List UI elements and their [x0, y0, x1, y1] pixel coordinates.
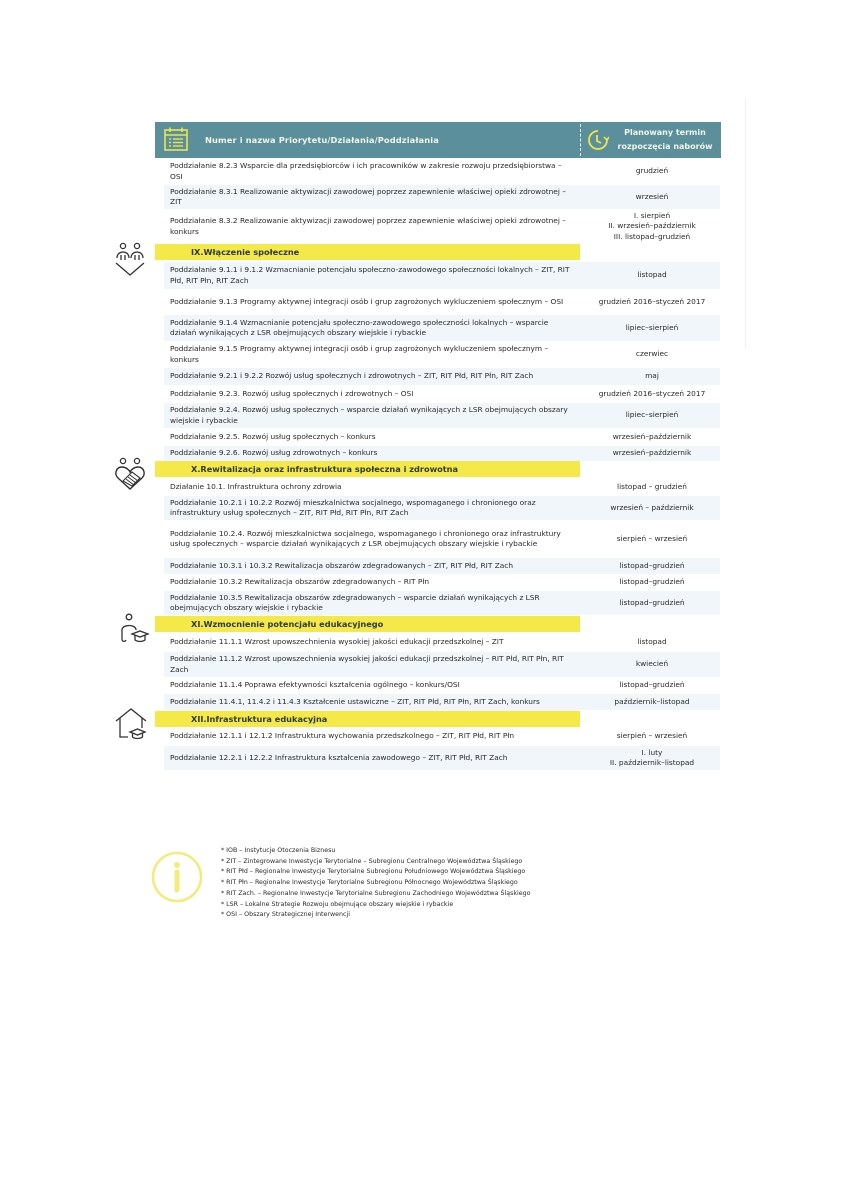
row-term: lipiec–sierpień	[584, 315, 720, 341]
table-row: Poddziałanie 9.2.1 i 9.2.2 Rozwój usług …	[164, 368, 720, 385]
row-term: grudzień 2016–styczeń 2017	[584, 290, 720, 314]
section-label: IX.Włączenie społeczne	[191, 244, 299, 260]
footnote-iob: * IOB – Instytucje Otoczenia Biznesu	[221, 846, 531, 857]
table-row: Poddziałanie 11.4.1, 11.4.2 i 11.4.3 Ksz…	[164, 694, 720, 710]
table-row: Poddziałanie 10.2.4. Rozwój mieszkalnict…	[164, 521, 720, 557]
section-label: XI.Wzmocnienie potencjału edukacyjnego	[191, 616, 383, 632]
row-name: Poddziałanie 9.1.1 i 9.1.2 Wzmacnianie p…	[170, 262, 570, 289]
row-term: grudzień	[584, 159, 720, 184]
row-term: listopad	[584, 634, 720, 651]
footnote-lsr: * LSR – Lokalne Strategie Rozwoju obejmu…	[221, 900, 531, 911]
row-name: Działanie 10.1. Infrastruktura ochrony z…	[170, 479, 570, 495]
table-row: Poddziałanie 10.3.2 Rewitalizacja obszar…	[164, 575, 720, 590]
row-term: wrzesień–październik	[584, 429, 720, 445]
row-term: listopad–grudzień	[584, 678, 720, 693]
header-title-left: Numer i nazwa Priorytetu/Działania/Poddz…	[205, 122, 439, 158]
row-term: wrzesień–październik	[584, 446, 720, 461]
person-graduation-cap-icon	[116, 613, 150, 649]
info-icon	[150, 850, 204, 904]
row-term: maj	[584, 368, 720, 385]
row-name: Poddziałanie 10.2.4. Rozwój mieszkalnict…	[170, 521, 570, 557]
row-name: Poddziałanie 9.2.6. Rozwój usług zdrowot…	[170, 446, 570, 461]
row-term: listopad–grudzień	[584, 558, 720, 574]
house-graduation-cap-icon	[114, 707, 148, 743]
table-row: Poddziałanie 12.2.1 i 12.2.2 Infrastrukt…	[164, 746, 720, 770]
table-row: Poddziałanie 11.1.1 Wzrost upowszechnien…	[164, 634, 720, 651]
page-edge-line	[745, 98, 746, 348]
footnote-rit-pln: * RIT Płn – Regionalne Inwestycje Teryto…	[221, 878, 531, 889]
row-term: kwiecień	[584, 652, 720, 677]
table-row: Poddziałanie 8.2.3 Wsparcie dla przedsię…	[164, 159, 720, 184]
row-name: Poddziałanie 11.1.1 Wzrost upowszechnien…	[170, 634, 570, 651]
row-name: Poddziałanie 9.2.4. Rozwój usług społecz…	[170, 403, 570, 428]
row-term: wrzesień – październik	[584, 496, 720, 520]
row-term: I. sierpień II. wrzesień–październik III…	[584, 210, 720, 243]
row-name: Poddziałanie 10.2.1 i 10.2.2 Rozwój mies…	[170, 496, 570, 520]
calendar-list-icon	[163, 126, 189, 153]
row-name: Poddziałanie 11.1.2 Wzrost upowszechnien…	[170, 652, 570, 677]
header-title-right-line2: rozpoczęcia naborów	[610, 140, 720, 154]
table-row: Poddziałanie 9.1.5 Programy aktywnej int…	[164, 342, 720, 367]
header-title-right: Planowany termin rozpoczęcia naborów	[610, 126, 720, 154]
row-name: Poddziałanie 10.3.1 i 10.3.2 Rewitalizac…	[170, 558, 570, 574]
table-row: Poddziałanie 10.3.5 Rewitalizacja obszar…	[164, 591, 720, 615]
table-row: Działanie 10.1. Infrastruktura ochrony z…	[164, 479, 720, 495]
table-row: Poddziałanie 9.2.5. Rozwój usług społecz…	[164, 429, 720, 445]
row-name: Poddziałanie 9.1.5 Programy aktywnej int…	[170, 342, 570, 367]
row-name: Poddziałanie 9.1.3 Programy aktywnej int…	[170, 290, 570, 314]
row-term: listopad – grudzień	[584, 479, 720, 495]
row-name: Poddziałanie 10.3.2 Rewitalizacja obszar…	[170, 575, 570, 590]
table-row: Poddziałanie 10.2.1 i 10.2.2 Rozwój mies…	[164, 496, 720, 520]
table-header: Numer i nazwa Priorytetu/Działania/Poddz…	[155, 122, 721, 158]
row-name: Poddziałanie 11.4.1, 11.4.2 i 11.4.3 Ksz…	[170, 694, 570, 710]
section-bar-x: X.Rewitalizacja oraz infrastruktura społ…	[155, 461, 580, 477]
footnote-zit: * ZIT – Zintegrowane Inwestycje Terytori…	[221, 857, 531, 868]
section-label: XII.Infrastruktura edukacyjna	[191, 711, 327, 727]
row-name: Poddziałanie 12.1.1 i 12.1.2 Infrastrukt…	[170, 728, 570, 745]
table-row: Poddziałanie 12.1.1 i 12.1.2 Infrastrukt…	[164, 728, 720, 745]
table-row: Poddziałanie 8.3.1 Realizowanie aktywiza…	[164, 185, 720, 209]
table-row: Poddziałanie 10.3.1 i 10.3.2 Rewitalizac…	[164, 558, 720, 574]
row-name: Poddziałanie 9.2.1 i 9.2.2 Rozwój usług …	[170, 368, 570, 385]
table-row: Poddziałanie 9.2.3. Rozwój usług społecz…	[164, 386, 720, 402]
table-row: Poddziałanie 11.1.4 Poprawa efektywności…	[164, 678, 720, 693]
row-name: Poddziałanie 10.3.5 Rewitalizacja obszar…	[170, 591, 570, 615]
row-name: Poddziałanie 9.2.5. Rozwój usług społecz…	[170, 429, 570, 445]
heart-handshake-icon	[113, 457, 147, 493]
row-term: lipiec–sierpień	[584, 403, 720, 428]
footnotes: * IOB – Instytucje Otoczenia Biznesu * Z…	[221, 846, 531, 921]
header-title-right-line1: Planowany termin	[610, 126, 720, 140]
section-bar-ix: IX.Włączenie społeczne	[155, 244, 580, 260]
section-label: X.Rewitalizacja oraz infrastruktura społ…	[191, 461, 458, 477]
row-term: wrzesień	[584, 185, 720, 209]
row-term: I. luty II. październik–listopad	[584, 746, 720, 770]
row-term: czerwiec	[584, 342, 720, 367]
row-term: listopad–grudzień	[584, 575, 720, 590]
row-term: listopad–grudzień	[584, 591, 720, 615]
row-term: październik–listopad	[584, 694, 720, 710]
row-name: Poddziałanie 12.2.1 i 12.2.2 Infrastrukt…	[170, 746, 570, 770]
header-divider	[580, 124, 581, 156]
row-term: sierpień – wrzesień	[584, 521, 720, 557]
table-row: Poddziałanie 9.1.4 Wzmacnianie potencjał…	[164, 315, 720, 341]
table-row: Poddziałanie 9.2.6. Rozwój usług zdrowot…	[164, 446, 720, 461]
people-heart-icon	[113, 242, 147, 278]
table-row: Poddziałanie 9.1.1 i 9.1.2 Wzmacnianie p…	[164, 262, 720, 289]
row-name: Poddziałanie 9.2.3. Rozwój usług społecz…	[170, 386, 570, 402]
table-row: Poddziałanie 11.1.2 Wzrost upowszechnien…	[164, 652, 720, 677]
row-term: sierpień – wrzesień	[584, 728, 720, 745]
row-name: Poddziałanie 8.3.2 Realizowanie aktywiza…	[170, 210, 570, 243]
row-name: Poddziałanie 9.1.4 Wzmacnianie potencjał…	[170, 315, 570, 341]
row-term: listopad	[584, 262, 720, 289]
section-bar-xii: XII.Infrastruktura edukacyjna	[155, 711, 580, 727]
section-bar-xi: XI.Wzmocnienie potencjału edukacyjnego	[155, 616, 580, 632]
footnote-rit-zach: * RIT Zach. – Regionalne Inwestycje Tery…	[221, 889, 531, 900]
table-row: Poddziałanie 8.3.2 Realizowanie aktywiza…	[164, 210, 720, 243]
footnote-osi: * OSI – Obszary Strategicznej Interwencj…	[221, 910, 531, 921]
clock-icon	[587, 129, 609, 151]
row-name: Poddziałanie 8.2.3 Wsparcie dla przedsię…	[170, 159, 570, 184]
footnote-rit-pld: * RIT Płd – Regionalne Inwestycje Teryto…	[221, 867, 531, 878]
row-name: Poddziałanie 8.3.1 Realizowanie aktywiza…	[170, 185, 570, 209]
table-row: Poddziałanie 9.1.3 Programy aktywnej int…	[164, 290, 720, 314]
table-row: Poddziałanie 9.2.4. Rozwój usług społecz…	[164, 403, 720, 428]
row-name: Poddziałanie 11.1.4 Poprawa efektywności…	[170, 678, 570, 693]
row-term: grudzień 2016–styczeń 2017	[584, 386, 720, 402]
